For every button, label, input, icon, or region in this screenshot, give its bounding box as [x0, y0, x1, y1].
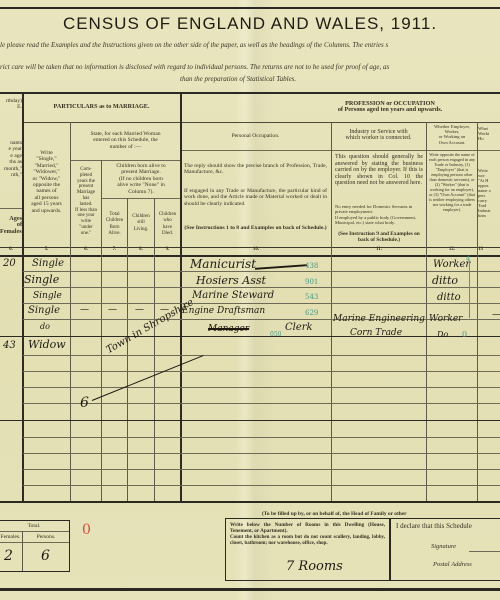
column-number: 11. [332, 247, 426, 252]
row-line [23, 485, 500, 486]
marital-status-header: Write "Single," "Married," "Widower," or… [23, 150, 70, 214]
personal-occupation-note-1: The reply should show the precise branch… [184, 163, 327, 176]
row-line [23, 303, 500, 304]
children-died-header: Children who have Died. [155, 212, 180, 238]
industry-entry: Corn Trade [350, 328, 402, 338]
col-divider [331, 122, 332, 502]
row-line [23, 271, 500, 272]
profession-group-header: PROFESSION or OCCUPATION of Persons aged… [300, 101, 480, 114]
persons-total: 6 [41, 548, 50, 564]
column-number: 5. [23, 247, 70, 252]
personal-occupation-note-2: If engaged in any Trade or Manufacture, … [184, 188, 327, 207]
marital-entry: Single [28, 305, 60, 316]
married-woman-header: State, for each Married Woman entered on… [71, 131, 180, 150]
occupation-entry: Hosiers Asst [196, 274, 266, 287]
column-number: 9. [155, 247, 180, 252]
children-sub-rule [102, 198, 180, 199]
totals-label: Total. [0, 523, 69, 529]
marital-entry: Single [32, 258, 64, 269]
row-line [23, 437, 500, 438]
total-children-header: Total Children Born Alive. [102, 212, 127, 238]
status-entry: Worker [433, 259, 470, 270]
totals-divider [0, 531, 69, 532]
col-divider [426, 122, 427, 502]
marital-entry: Single [24, 273, 59, 286]
industry-entry: Marine Engineering [333, 314, 425, 324]
handwritten-six: 6 [80, 395, 89, 411]
occupation-code: 438 [305, 262, 318, 270]
row-line [23, 387, 500, 388]
personal-occupation-header: Personal Occupation. [180, 133, 331, 139]
signature-line[interactable] [469, 551, 500, 552]
dash-entry: — [135, 305, 144, 315]
declaration-box: I declare that this Schedule Signature P… [390, 518, 500, 581]
header-group-rule [23, 122, 500, 123]
instruction-line-2: rict care will be taken that no informat… [0, 63, 389, 71]
bottom-rule [0, 588, 500, 591]
status-entry: ditto [432, 274, 458, 287]
row-group-line [0, 336, 500, 337]
col-divider [127, 198, 128, 502]
col-divider [180, 92, 182, 502]
marital-entry: Widow [28, 338, 66, 351]
occupation-entry: Marine Steward [192, 290, 274, 301]
occupation-entry: Clerk [285, 322, 313, 333]
industry-note-1: This question should generally be answer… [335, 154, 423, 187]
persons-label: Persons. [23, 534, 69, 540]
dash-entry: — [108, 305, 117, 315]
totals-col-divider [22, 531, 23, 571]
dash-entry: — [492, 310, 500, 320]
marital-entry: do [40, 322, 50, 331]
top-border [0, 7, 500, 9]
status-entry: Do [437, 330, 448, 339]
children-living-header: Children still Living. [128, 214, 154, 233]
totals-box: Total. Females. Persons. 2 6 [0, 520, 70, 572]
head-of-family-note: (To be filled up by, or on behalf of, th… [262, 511, 500, 517]
green-tick-line [469, 262, 470, 318]
occupation-code: 901 [305, 278, 318, 286]
row-line [23, 287, 500, 288]
rooms-instruction-bold: Write below the Number of Rooms in this … [230, 523, 385, 535]
column-number: 13 [478, 247, 500, 252]
header-top-rule [0, 92, 500, 94]
age-col-note: nants e year e age ths as month," nth," [0, 140, 22, 178]
industry-note-3: If employed by a public body (Government… [335, 215, 423, 225]
column-number: 7. [102, 247, 127, 252]
row-line [23, 371, 500, 372]
home-work-header: Whet Worki Ho [478, 126, 500, 142]
age-female-entry: 43 [3, 340, 16, 351]
document-title: CENSUS OF ENGLAND AND WALES, 1911. [0, 14, 500, 34]
age-col-header: rthday) E. [0, 98, 22, 111]
occupation-entry: Engine Draftsman [182, 306, 265, 316]
status-entry: ditto [437, 292, 461, 303]
column-number: 6. [0, 247, 22, 252]
column-number: 8. [128, 247, 154, 252]
totals-divider [0, 542, 69, 543]
rooms-value: 7 Rooms [286, 559, 343, 574]
females-label: Females. [0, 534, 22, 540]
marriage-group-header: PARTICULARS as to MARRIAGE. [23, 104, 180, 110]
status-mark: 0 [462, 330, 467, 339]
employer-status-header: Whether Employer, Worker, or Working on … [427, 124, 477, 145]
industry-note-4: (See Instruction 9 and Examples on back … [335, 232, 423, 243]
status-entry: Worker [429, 314, 462, 324]
ages-of-females-header: Ages of Females. [0, 216, 22, 235]
home-work-note: Write wor "At H oppos name o pers carry … [478, 168, 500, 218]
industry-header: Industry or Service with which worker is… [331, 129, 426, 142]
instruction-line-1: le please read the Examples and the Inst… [0, 41, 388, 49]
occupation-code: 050 [270, 331, 281, 338]
row-line [23, 453, 500, 454]
industry-note-2: No entry needed for Domestic Servants in… [335, 204, 423, 214]
personal-occupation-note-3: (See Instructions 1 to 8 and Examples on… [184, 225, 327, 231]
body-bottom-rule [0, 501, 500, 503]
occupation-entry: Manicurist [190, 257, 256, 271]
row-group-line [0, 420, 500, 421]
children-rule [71, 160, 181, 161]
rooms-instruction: Count the kitchen as a room but do not c… [230, 535, 385, 547]
col-divider [154, 198, 155, 502]
years-married-header: Com- pleted years the present Marriage h… [71, 167, 101, 237]
row-line [23, 469, 500, 470]
row-line [23, 355, 500, 356]
postal-address-label: Postal Address [433, 562, 500, 568]
row-line [23, 403, 500, 404]
occupation-code: 629 [305, 309, 318, 317]
column-number: 12. [427, 247, 477, 252]
rooms-box: Write below the Number of Rooms in this … [225, 518, 390, 581]
instruction-line-3: than the preparation of Statistical Tabl… [180, 75, 296, 83]
declaration-text: I declare that this Schedule [396, 523, 500, 529]
occupation-code: 543 [305, 293, 318, 301]
column-number: 10. [181, 247, 331, 252]
dash-entry: — [80, 305, 89, 315]
occupation-struck-entry: Manager [208, 324, 249, 334]
children-group-header: Children born alive to present Marriage.… [102, 163, 180, 195]
red-zero-mark: 0 [82, 522, 91, 538]
signature-label: Signature [431, 544, 500, 550]
column-number: 6. [71, 247, 101, 252]
marital-entry: Single [33, 291, 62, 301]
age-female-entry: 20 [3, 258, 16, 269]
occupation-sub-rule [180, 150, 500, 151]
females-total: 2 [4, 548, 13, 564]
age-sub-rule [0, 208, 23, 209]
employer-status-note: Write opposite the name of each person e… [428, 152, 476, 212]
